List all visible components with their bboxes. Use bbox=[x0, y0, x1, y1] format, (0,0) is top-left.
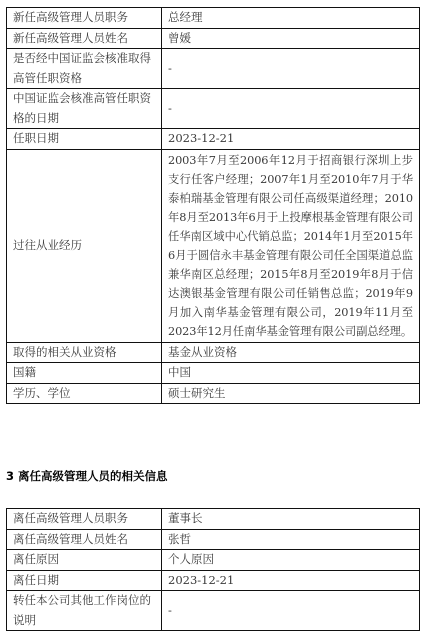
table-row: 中国证监会核准高管任职资格的日期 - bbox=[7, 89, 420, 129]
table-row: 取得的相关从业资格 基金从业资格 bbox=[7, 342, 420, 363]
table-row: 是否经中国证监会核准取得高管任职资格 - bbox=[7, 49, 420, 89]
section-heading: 3 离任高级管理人员的相关信息 bbox=[6, 468, 168, 484]
row-label: 中国证监会核准高管任职资格的日期 bbox=[7, 89, 162, 129]
table-row: 国籍 中国 bbox=[7, 363, 420, 384]
row-label: 学历、学位 bbox=[7, 383, 162, 404]
table-row: 过往从业经历 2003年7月至2006年12月于招商银行深圳上步支行任客户经理；… bbox=[7, 149, 420, 342]
table-row: 学历、学位 硕士研究生 bbox=[7, 383, 420, 404]
row-label: 转任本公司其他工作岗位的说明 bbox=[7, 591, 162, 631]
table-row: 任职日期 2023-12-21 bbox=[7, 129, 420, 150]
row-value: 总经理 bbox=[162, 8, 420, 29]
row-value: 中国 bbox=[162, 363, 420, 384]
row-label: 离任高级管理人员姓名 bbox=[7, 529, 162, 550]
row-value: 2023-12-21 bbox=[162, 570, 420, 591]
table-row: 新任高级管理人员姓名 曾媛 bbox=[7, 28, 420, 49]
row-value: 张哲 bbox=[162, 529, 420, 550]
table-row: 离任高级管理人员职务 董事长 bbox=[7, 509, 420, 530]
row-label: 离任日期 bbox=[7, 570, 162, 591]
row-value: 基金从业资格 bbox=[162, 342, 420, 363]
table-row: 离任高级管理人员姓名 张哲 bbox=[7, 529, 420, 550]
row-label: 离任原因 bbox=[7, 550, 162, 571]
table-row: 离任日期 2023-12-21 bbox=[7, 570, 420, 591]
row-label: 任职日期 bbox=[7, 129, 162, 150]
row-label: 新任高级管理人员姓名 bbox=[7, 28, 162, 49]
row-label: 离任高级管理人员职务 bbox=[7, 509, 162, 530]
row-value: - bbox=[162, 49, 420, 89]
row-value: 曾媛 bbox=[162, 28, 420, 49]
career-history-value: 2003年7月至2006年12月于招商银行深圳上步支行任客户经理；2007年1月… bbox=[162, 149, 420, 342]
row-value: 硕士研究生 bbox=[162, 383, 420, 404]
table-row: 转任本公司其他工作岗位的说明 - bbox=[7, 591, 420, 631]
row-value: 2023-12-21 bbox=[162, 129, 420, 150]
table-row: 新任高级管理人员职务 总经理 bbox=[7, 8, 420, 29]
row-value: - bbox=[162, 89, 420, 129]
row-value: 个人原因 bbox=[162, 550, 420, 571]
row-label: 是否经中国证监会核准取得高管任职资格 bbox=[7, 49, 162, 89]
departing-executive-table: 离任高级管理人员职务 董事长 离任高级管理人员姓名 张哲 离任原因 个人原因 离… bbox=[6, 508, 420, 631]
table-row: 离任原因 个人原因 bbox=[7, 550, 420, 571]
row-label: 过往从业经历 bbox=[7, 149, 162, 342]
row-value: 董事长 bbox=[162, 509, 420, 530]
row-label: 国籍 bbox=[7, 363, 162, 384]
row-label: 新任高级管理人员职务 bbox=[7, 8, 162, 29]
new-executive-table: 新任高级管理人员职务 总经理 新任高级管理人员姓名 曾媛 是否经中国证监会核准取… bbox=[6, 7, 420, 404]
row-value: - bbox=[162, 591, 420, 631]
row-label: 取得的相关从业资格 bbox=[7, 342, 162, 363]
